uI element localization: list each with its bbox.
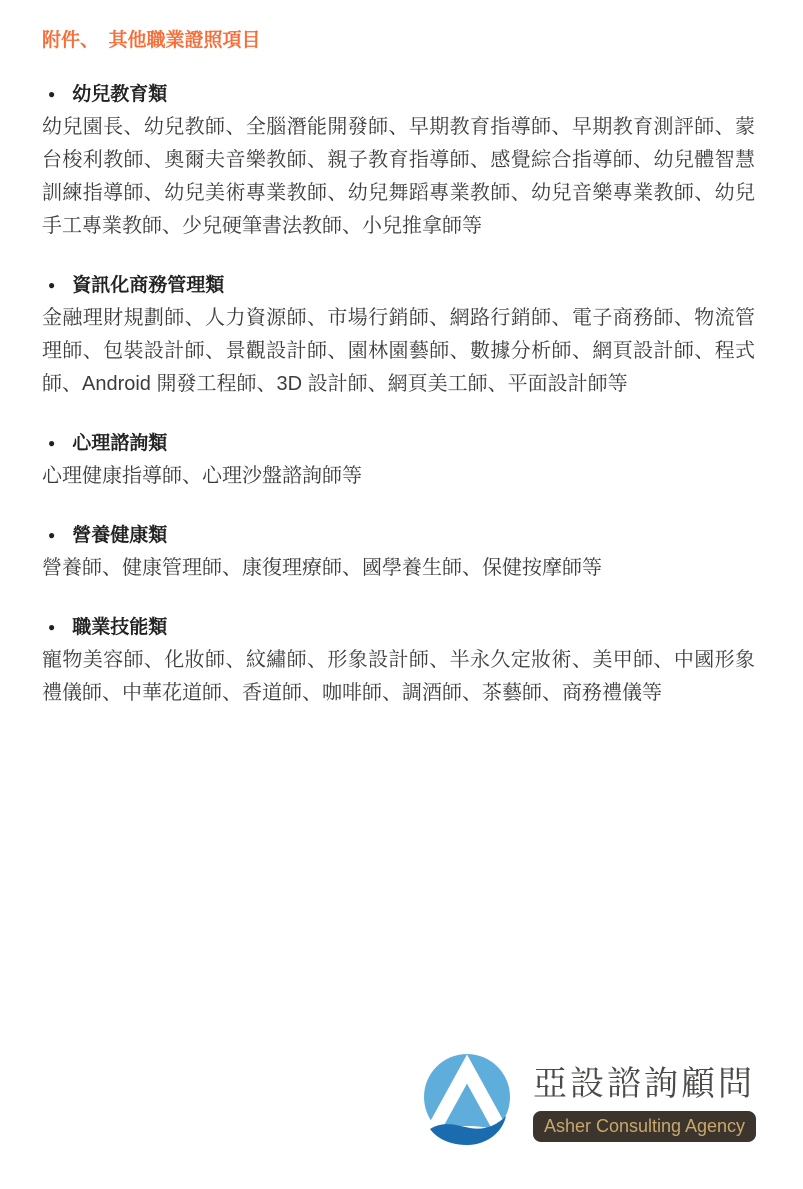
bullet-icon: ● [48, 427, 55, 460]
logo-badge-text: Asher Consulting Agency [544, 1116, 745, 1137]
bullet-icon: ● [48, 611, 55, 644]
bullet-icon: ● [48, 78, 55, 111]
logo-title-zh: 亞設諮詢顧問 [533, 1064, 756, 1104]
asher-logo-mark-icon [417, 1054, 517, 1150]
section-body: 營養師、健康管理師、康復理療師、國學養生師、保健按摩師等 [42, 552, 755, 585]
section-it-business-management: ● 資訊化商務管理類 金融理財規劃師、人力資源師、市場行銷師、網路行銷師、電子商… [42, 269, 755, 401]
section-heading: 職業技能類 [72, 611, 167, 644]
bullet-icon: ● [48, 269, 55, 302]
document-body: 附件、 其他職業證照項目 ● 幼兒教育類 幼兒園長、幼兒教師、全腦潛能開發師、早… [42, 30, 755, 710]
asher-logo: 亞設諮詢顧問 Asher Consulting Agency [417, 1054, 756, 1150]
bullet-icon: ● [48, 519, 55, 552]
page-title: 附件、 其他職業證照項目 [42, 30, 755, 52]
section-heading: 資訊化商務管理類 [72, 269, 224, 302]
section-heading-row: ● 心理諮詢類 [42, 427, 755, 460]
section-heading-row: ● 營養健康類 [42, 519, 755, 552]
section-body: 心理健康指導師、心理沙盤諮詢師等 [42, 460, 755, 493]
section-heading-row: ● 幼兒教育類 [42, 78, 755, 111]
section-body: 金融理財規劃師、人力資源師、市場行銷師、網路行銷師、電子商務師、物流管理師、包裝… [42, 302, 755, 401]
section-heading-row: ● 資訊化商務管理類 [42, 269, 755, 302]
section-vocational-skills: ● 職業技能類 寵物美容師、化妝師、紋繡師、形象設計師、半永久定妝術、美甲師、中… [42, 611, 755, 710]
section-body: 幼兒園長、幼兒教師、全腦潛能開發師、早期教育指導師、早期教育測評師、蒙台梭利教師… [42, 111, 755, 243]
section-psychological-counseling: ● 心理諮詢類 心理健康指導師、心理沙盤諮詢師等 [42, 427, 755, 493]
section-heading: 心理諮詢類 [72, 427, 167, 460]
section-early-childhood-education: ● 幼兒教育類 幼兒園長、幼兒教師、全腦潛能開發師、早期教育指導師、早期教育測評… [42, 78, 755, 243]
section-heading: 營養健康類 [72, 519, 167, 552]
section-heading-row: ● 職業技能類 [42, 611, 755, 644]
logo-text-column: 亞設諮詢顧問 Asher Consulting Agency [533, 1064, 756, 1142]
logo-badge: Asher Consulting Agency [533, 1111, 756, 1142]
section-nutrition-health: ● 營養健康類 營養師、健康管理師、康復理療師、國學養生師、保健按摩師等 [42, 519, 755, 585]
section-body: 寵物美容師、化妝師、紋繡師、形象設計師、半永久定妝術、美甲師、中國形象禮儀師、中… [42, 644, 755, 710]
document-page: 附件、 其他職業證照項目 ● 幼兒教育類 幼兒園長、幼兒教師、全腦潛能開發師、早… [0, 0, 803, 1189]
section-heading: 幼兒教育類 [72, 78, 167, 111]
